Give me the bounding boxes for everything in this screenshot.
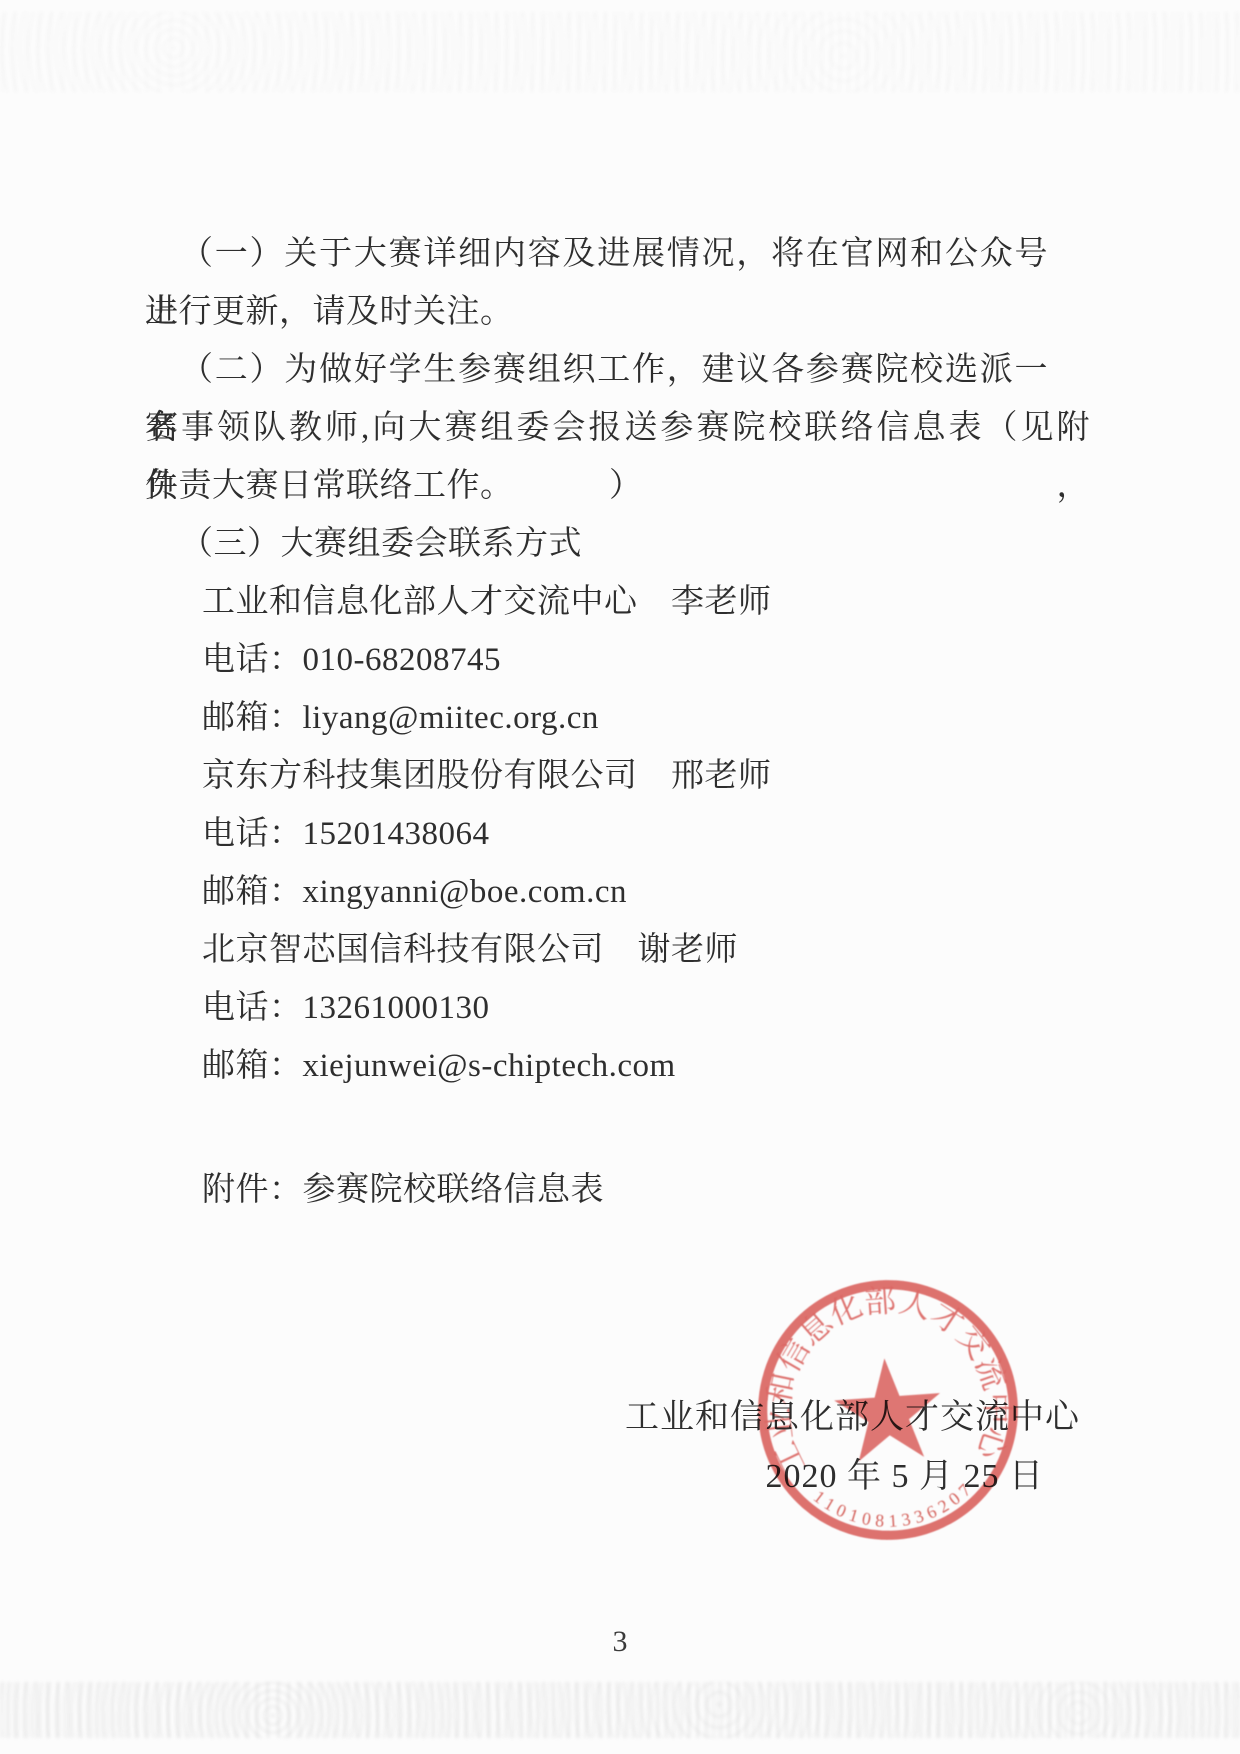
body-line: 进行更新，请及时关注。 [145,283,1048,341]
document-body: （一）关于大赛详细内容及进展情况，将在官网和公众号上 进行更新，请及时关注。 （… [145,225,1048,1219]
official-seal: 工业和信息化部人才交流中心 1101081336207 [739,1261,1038,1560]
contact-org-line: 北京智芯国信科技有限公司 谢老师 [145,921,1048,979]
body-line: （二）为做好学生参赛组织工作，建议各参赛院校选派一名 [145,341,1048,399]
page-number: 3 [0,1622,1240,1662]
contact-phone-line: 电话：010-68208745 [145,631,1048,689]
contact-phone-line: 电话：13261000130 [145,979,1048,1037]
attachment-line: 附件：参赛院校联络信息表 [145,1161,1048,1219]
document-page: （一）关于大赛详细内容及进展情况，将在官网和公众号上 进行更新，请及时关注。 （… [0,0,1240,1754]
body-line: 赛事领队教师,向大赛组委会报送参赛院校联络信息表（见附件）， [145,399,1090,457]
contact-email-line: 邮箱：xingyanni@boe.com.cn [145,863,1048,921]
scan-noise-top [0,12,1240,92]
contact-phone-line: 电话：15201438064 [145,805,1048,863]
contact-email-line: 邮箱：liyang@miitec.org.cn [145,689,1048,747]
section-heading: （三）大赛组委会联系方式 [145,515,1048,573]
scan-noise-bottom [0,1682,1240,1738]
body-line: （一）关于大赛详细内容及进展情况，将在官网和公众号上 [145,225,1048,283]
seal-star-icon [831,1355,944,1463]
contact-org-line: 工业和信息化部人才交流中心 李老师 [145,573,1048,631]
contact-email-line: 邮箱：xiejunwei@s-chiptech.com [145,1037,1048,1095]
contact-org-line: 京东方科技集团股份有限公司 邢老师 [145,747,1048,805]
